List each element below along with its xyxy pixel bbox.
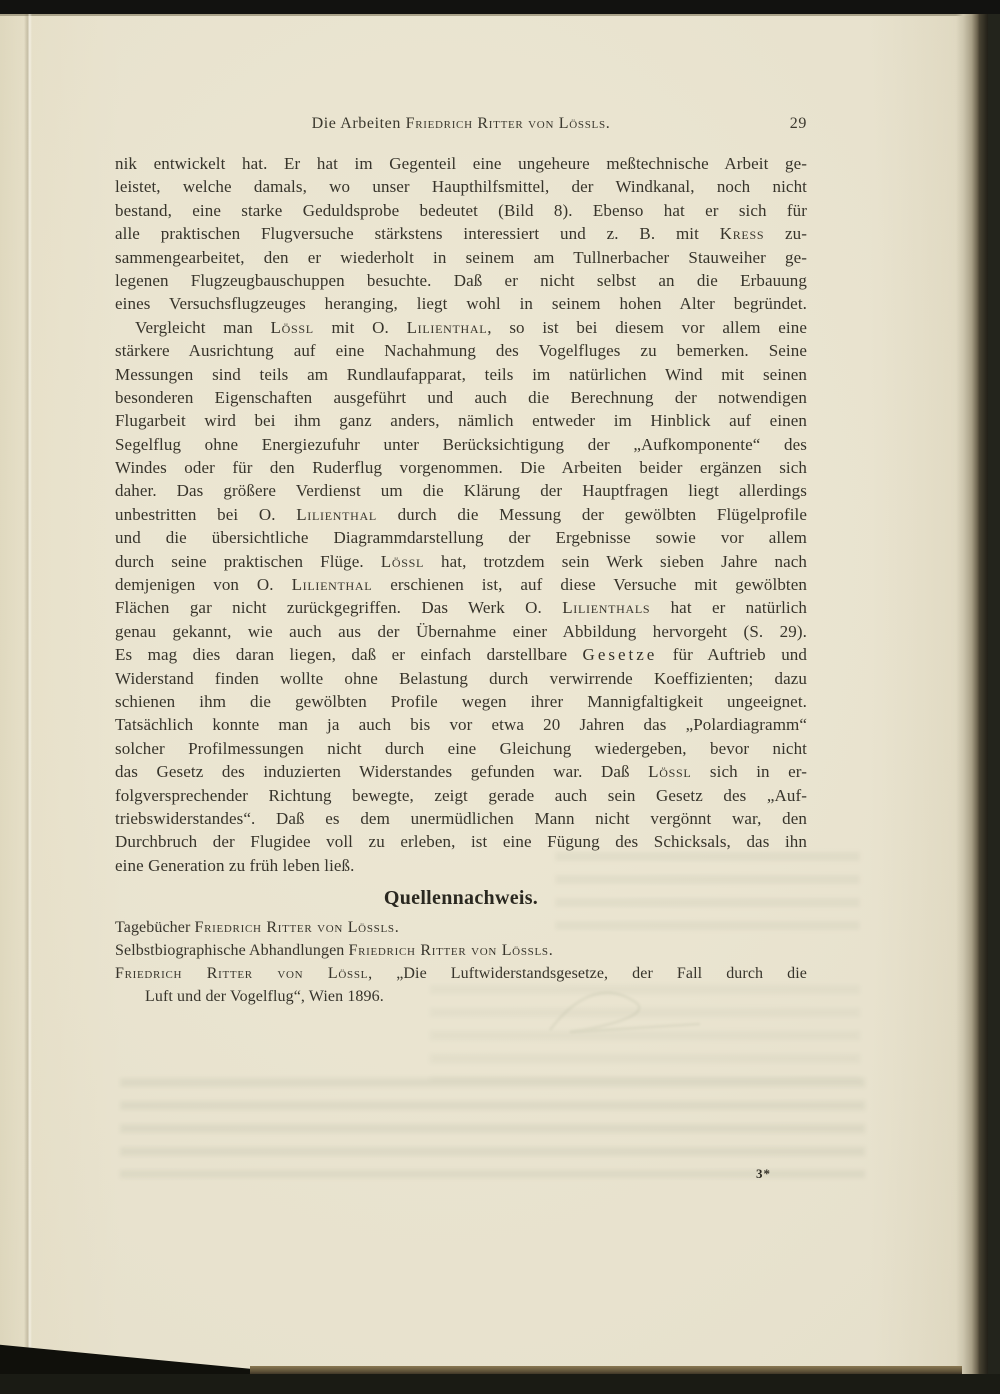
page-stack-edge-right	[956, 14, 980, 1374]
reference-line: Friedrich Ritter von Lössl, „Die Luftwid…	[115, 962, 807, 985]
text-line: bestand, eine starke Geduldsprobe bedeut…	[115, 199, 807, 222]
text-line: Segelflug ohne Energiezufuhr unter Berüc…	[115, 433, 807, 456]
text-line: Vergleicht man Lössl mit O. Lilienthal, …	[115, 316, 807, 339]
text-line: triebswiderstandes“. Daß es dem unermüdl…	[115, 807, 807, 830]
page-content: Die Arbeiten Friedrich Ritter von Lössls…	[115, 115, 807, 1008]
reference-line: Luft und der Vogelflug“, Wien 1896.	[115, 985, 807, 1008]
text-line: unbestritten bei O. Lilienthal durch die…	[115, 503, 807, 526]
text-line: folgversprechender Richtung bewegte, zei…	[115, 784, 807, 807]
text-line: eines Versuchsflugzeuges heranging, lieg…	[115, 292, 807, 315]
reference-line: Selbstbiographische Abhandlungen Friedri…	[115, 939, 807, 962]
signature-mark: 3*	[756, 1166, 771, 1182]
paragraph: Vergleicht man Lössl mit O. Lilienthal, …	[115, 316, 807, 877]
running-header: Die Arbeiten Friedrich Ritter von Lössls…	[115, 115, 807, 139]
page-number: 29	[790, 115, 807, 133]
text-line: das Gesetz des induzierten Widerstandes …	[115, 760, 807, 783]
photo-bottom-edge	[0, 1374, 1000, 1394]
text-line: Flugarbeit wird bei ihm ganz anders, näm…	[115, 409, 807, 432]
text-line: stärkere Ausrichtung auf eine Nachahmung…	[115, 339, 807, 362]
text-line: nik entwickelt hat. Er hat im Gegenteil …	[115, 152, 807, 175]
text-line: Tatsächlich konnte man ja auch bis vor e…	[115, 713, 807, 736]
text-line: sammengearbeitet, den er wiederholt in s…	[115, 246, 807, 269]
reference-entry: Tagebücher Friedrich Ritter von Lössls.	[115, 916, 807, 939]
references: Tagebücher Friedrich Ritter von Lössls.S…	[115, 916, 807, 1008]
text-line: genau gekannt, wie auch aus der Übernahm…	[115, 620, 807, 643]
reference-entry: Selbstbiographische Abhandlungen Friedri…	[115, 939, 807, 962]
text-line: Flächen gar nicht zurückgegriffen. Das W…	[115, 596, 807, 619]
text-line: schienen ihm die gewölbten Profile wegen…	[115, 690, 807, 713]
text-line: Es mag dies daran liegen, daß er einfach…	[115, 643, 807, 666]
text-line: Messungen sind teils am Rundlaufapparat,…	[115, 363, 807, 386]
text-line: leistet, welche damals, wo unser Haupthi…	[115, 175, 807, 198]
text-line: Widerstand finden wollte ohne Belastung …	[115, 667, 807, 690]
text-line: durch seine praktischen Flüge. Lössl hat…	[115, 550, 807, 573]
paragraph: nik entwickelt hat. Er hat im Gegenteil …	[115, 152, 807, 316]
page-stack-edge-right-dark	[979, 14, 988, 1374]
text-line: Durchbruch der Flugidee voll zu erleben,…	[115, 830, 807, 853]
reference-line: Tagebücher Friedrich Ritter von Lössls.	[115, 916, 807, 939]
text-line: legenen Flugzeugbauschuppen besuchte. Da…	[115, 269, 807, 292]
text-line: solcher Profilmessungen nicht durch eine…	[115, 737, 807, 760]
reference-entry: Friedrich Ritter von Lössl, „Die Luftwid…	[115, 962, 807, 1008]
running-header-title: Die Arbeiten Friedrich Ritter von Lössls…	[115, 115, 807, 133]
body-text: nik entwickelt hat. Er hat im Gegenteil …	[115, 152, 807, 877]
text-line: und die übersichtliche Diagrammdarstellu…	[115, 526, 807, 549]
photo-top-edge	[0, 0, 1000, 14]
scanned-book-photo: Die Arbeiten Friedrich Ritter von Lössls…	[0, 0, 1000, 1394]
text-line: alle praktischen Flugversuche stärkstens…	[115, 222, 807, 245]
text-line: besonderen Eigenschaften ausgeführt und …	[115, 386, 807, 409]
text-line: Windes oder für den Ruderflug vorgenomme…	[115, 456, 807, 479]
page-crease	[24, 14, 32, 1370]
section-heading: Quellennachweis.	[115, 884, 807, 912]
text-line: daher. Das größere Verdienst um die Klär…	[115, 479, 807, 502]
text-line: demjenigen von O. Lilienthal erschienen …	[115, 573, 807, 596]
text-line: eine Generation zu früh leben ließ.	[115, 854, 807, 877]
